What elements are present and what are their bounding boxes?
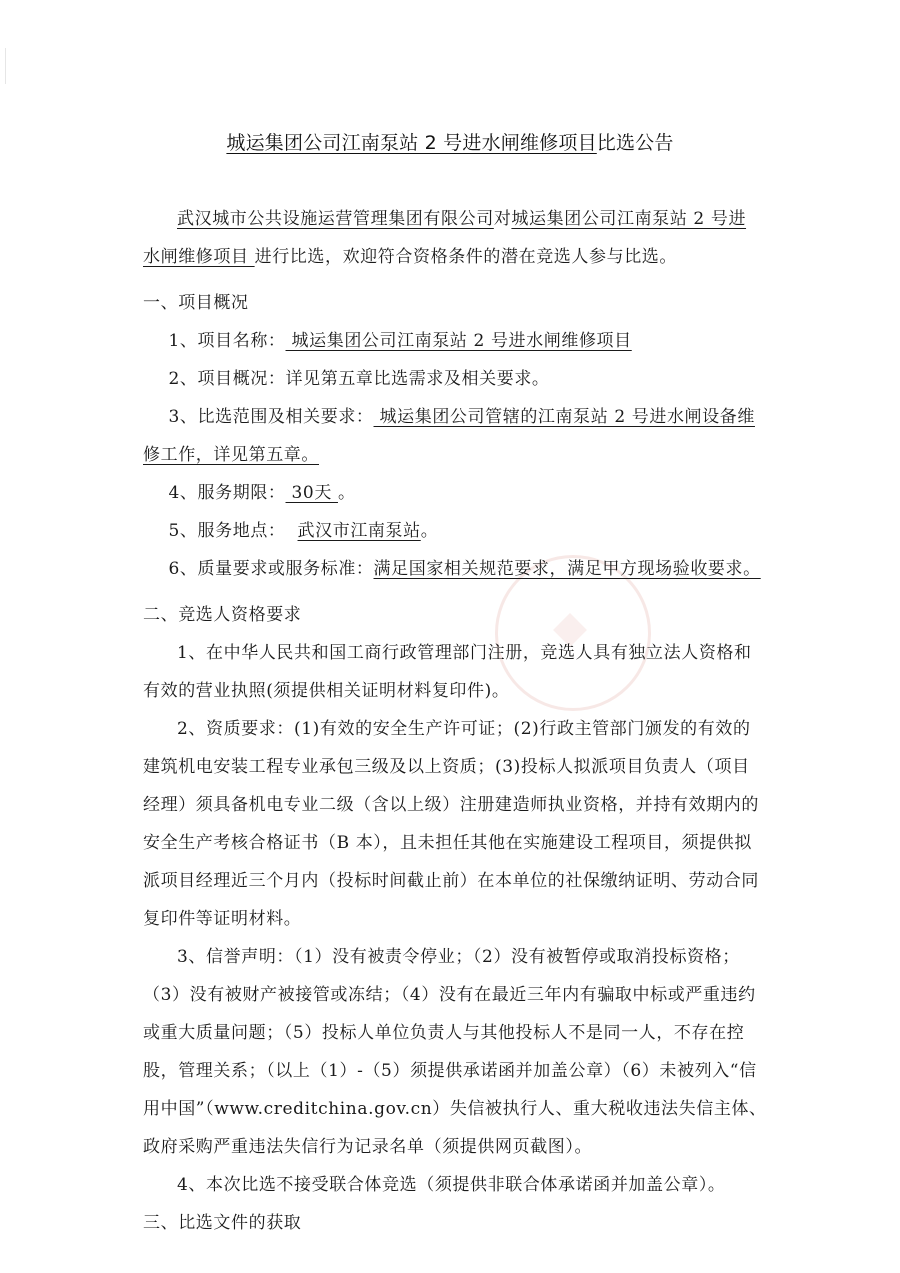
- section-2-p3-line: 3、信誉声明：（1）没有被责令停业；（2）没有被暂停或取消投标资格；: [143, 938, 759, 976]
- section-2-p2-line: 2、资质要求：(1)有效的安全生产许可证；(2)行政主管部门颁发的有效的: [143, 710, 759, 748]
- section-2-p3-line: 用中国”（www.creditchina.gov.cn）失信被执行人、重大税收违…: [143, 1090, 759, 1128]
- scan-edge-mark: [5, 48, 6, 84]
- section-1-item-1: 1、项目名称： 城运集团公司江南泵站 2 号进水闸维修项目: [143, 322, 759, 360]
- item-label: 1、项目名称：: [169, 331, 286, 351]
- section-2-p3-line: 或重大质量问题；（5）投标人单位负责人与其他投标人不是同一人，不存在控: [143, 1014, 759, 1052]
- intro-paragraph-cont: 水闸维修项目 进行比选，欢迎符合资格条件的潜在竞选人参与比选。: [143, 238, 759, 276]
- section-2-p2-line: 派项目经理近三个月内（投标时间截止前）在本单位的社保缴纳证明、劳动合同: [143, 862, 759, 900]
- section-1-item-5: 5、服务地点： 武汉市江南泵站。: [143, 512, 759, 550]
- title-suffix: 比选公告: [597, 132, 674, 154]
- section-1-item-3-cont: 修工作，详见第五章。: [143, 436, 759, 474]
- document-title: 城运集团公司江南泵站 2 号进水闸维修项目比选公告: [0, 128, 900, 155]
- section-2-p3-line: 政府采购严重违法失信行为记录名单（须提供网页截图）。: [143, 1128, 759, 1166]
- item-suffix: 。: [338, 483, 356, 503]
- item-label: 3、比选范围及相关要求：: [169, 407, 374, 427]
- section-2-p3-line: 股，管理关系；（以上（1）-（5）须提供承诺函并加盖公章）（6）未被列入“信: [143, 1052, 759, 1090]
- section-2-p3-line: （3）没有被财产被接管或冻结；（4）没有在最近三年内有骗取中标或严重违约: [143, 976, 759, 1014]
- item-value: 武汉市江南泵站: [298, 521, 421, 541]
- section-2-p2-line: 复印件等证明材料。: [143, 900, 759, 938]
- intro-paragraph: 武汉城市公共设施运营管理集团有限公司对城运集团公司江南泵站 2 号进: [143, 200, 759, 238]
- item-suffix: 。: [421, 521, 439, 541]
- item-label: 6、质量要求或服务标准：: [169, 559, 374, 579]
- intro-org: 武汉城市公共设施运营管理集团有限公司: [177, 209, 494, 229]
- section-1-heading: 一、项目概况: [143, 284, 759, 322]
- section-1-item-3: 3、比选范围及相关要求： 城运集团公司管辖的江南泵站 2 号进水闸设备维: [143, 398, 759, 436]
- section-3-heading: 三、比选文件的获取: [143, 1204, 759, 1242]
- section-2-heading: 二、竞选人资格要求: [143, 596, 759, 634]
- section-1-item-4: 4、服务期限： 30天 。: [143, 474, 759, 512]
- item-label: 4、服务期限：: [169, 483, 286, 503]
- title-project-name: 城运集团公司江南泵站 2 号进水闸维修项目: [226, 132, 596, 154]
- section-1-item-2: 2、项目概况：详见第五章比选需求及相关要求。: [143, 360, 759, 398]
- section-2-p2-line: 建筑机电安装工程专业承包三级及以上资质；(3)投标人拟派项目负责人（项目: [143, 748, 759, 786]
- section-2-p2-line: 经理）须具备机电专业二级（含以上级）注册建造师执业资格，并持有效期内的: [143, 786, 759, 824]
- item-value: 城运集团公司江南泵站 2 号进水闸维修项目: [286, 331, 632, 351]
- item-label: 2、项目概况：: [169, 369, 286, 389]
- item-value: 满足国家相关规范要求，满足甲方现场验收要求。: [374, 559, 761, 579]
- section-2-p2-line: 安全生产考核合格证书（B 本），且未担任其他在实施建设工程项目，须提供拟: [143, 824, 759, 862]
- section-2-p1-line2: 有效的营业执照(须提供相关证明材料复印件)。: [143, 672, 759, 710]
- section-1-item-6: 6、质量要求或服务标准：满足国家相关规范要求，满足甲方现场验收要求。: [143, 550, 759, 588]
- document-page: 城运集团公司江南泵站 2 号进水闸维修项目比选公告 武汉城市公共设施运营管理集团…: [0, 0, 900, 1273]
- item-text: 详见第五章比选需求及相关要求。: [286, 369, 550, 389]
- intro-project-line1: 城运集团公司江南泵站 2 号进: [511, 209, 746, 229]
- document-body: 武汉城市公共设施运营管理集团有限公司对城运集团公司江南泵站 2 号进 水闸维修项…: [143, 200, 759, 1242]
- item-value: 30天: [286, 483, 338, 503]
- section-2-p1-line1: 1、在中华人民共和国工商行政管理部门注册，竞选人具有独立法人资格和: [143, 634, 759, 672]
- item-value: 修工作，详见第五章。: [143, 445, 319, 465]
- intro-project-line2: 水闸维修项目: [143, 247, 255, 267]
- intro-connector: 对: [494, 209, 512, 229]
- section-2-p4: 4、本次比选不接受联合体竞选（须提供非联合体承诺函并加盖公章）。: [143, 1166, 759, 1204]
- item-value: 城运集团公司管辖的江南泵站 2 号进水闸设备维: [374, 407, 755, 427]
- item-label: 5、服务地点：: [169, 521, 298, 541]
- intro-tail: 进行比选，欢迎符合资格条件的潜在竞选人参与比选。: [255, 247, 677, 267]
